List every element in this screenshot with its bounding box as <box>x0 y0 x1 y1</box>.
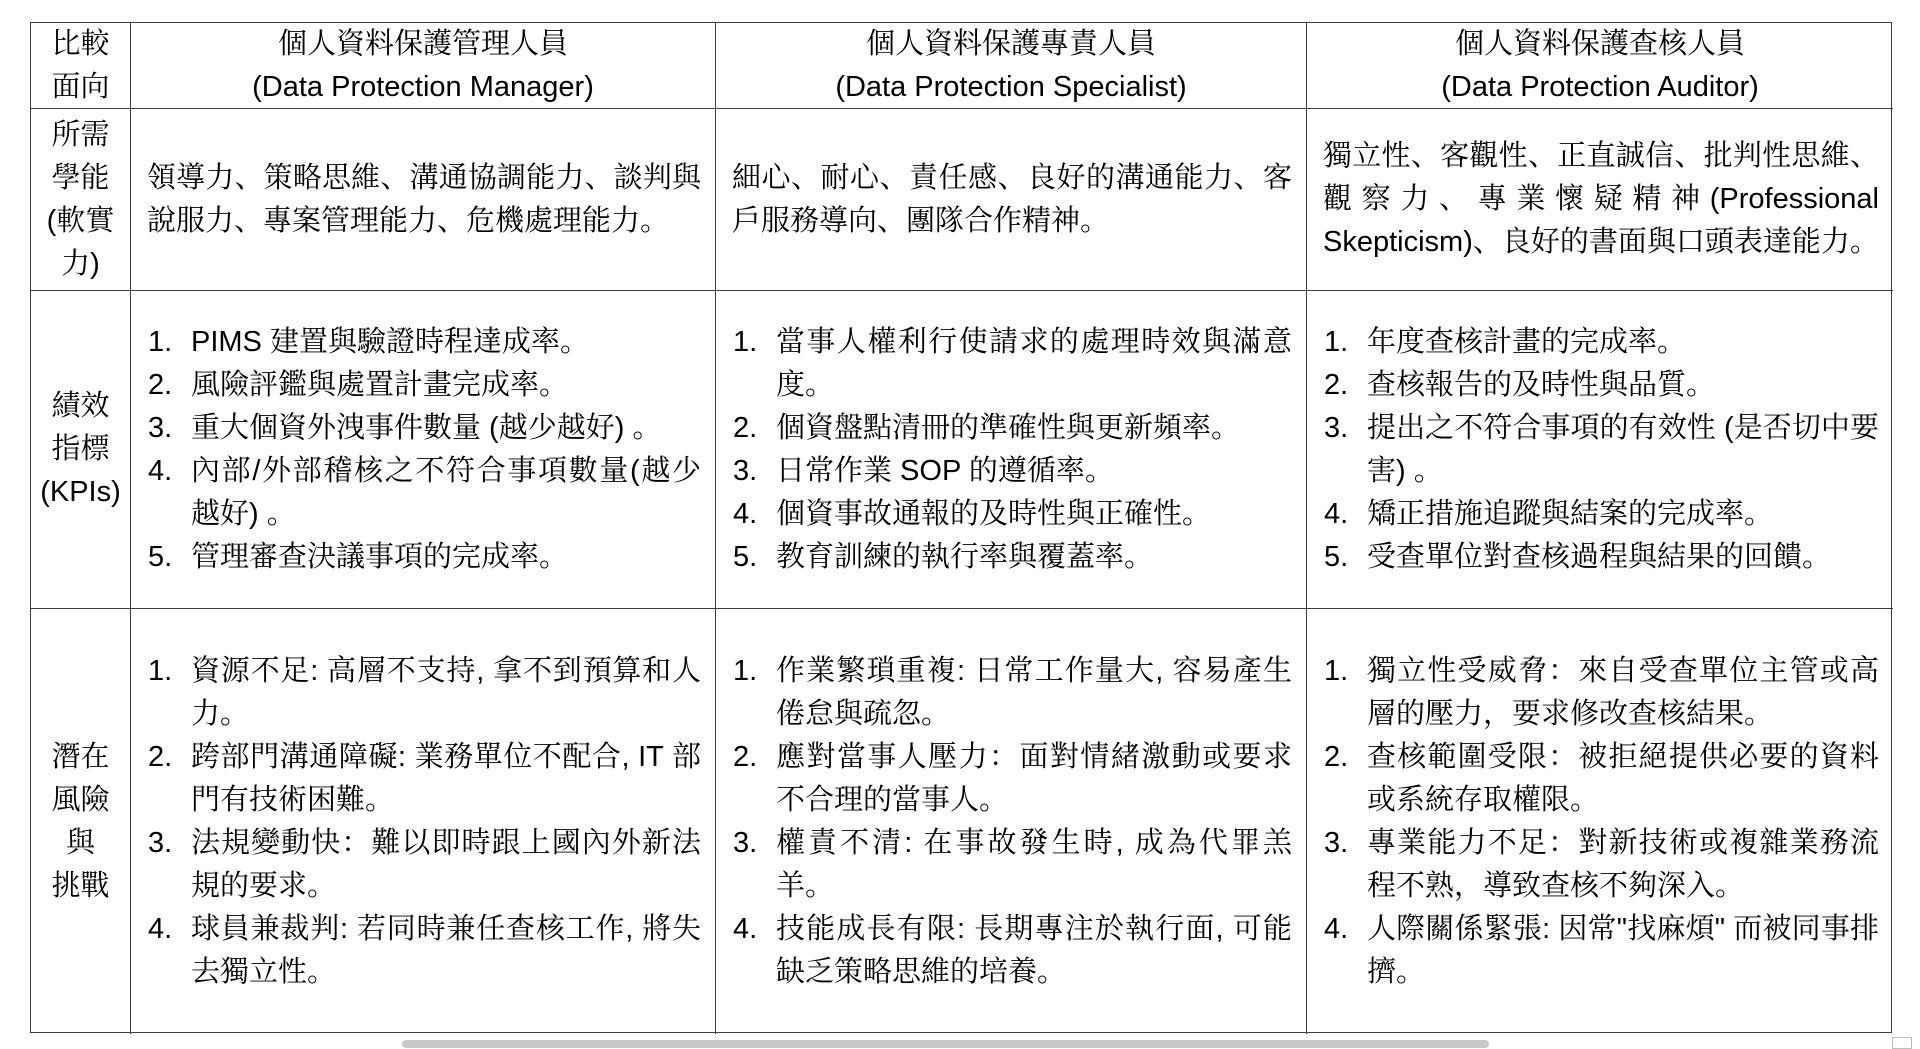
list-item: 4.球員兼裁判: 若同時兼任查核工作, 將失去獨立性。 <box>145 908 701 994</box>
list-item-number: 2. <box>730 736 776 779</box>
table-cell: 獨立性、客觀性、正直誠信、批判性思維、觀察力、專業懷疑精神(Profession… <box>1307 109 1893 291</box>
list-item-number: 3. <box>1321 407 1367 450</box>
list-item: 5.受查單位對查核過程與結果的回饋。 <box>1321 536 1879 579</box>
corner-header-cell: 比較面向 <box>31 23 131 109</box>
column-header-cell: 個人資料保護專責人員(Data Protection Specialist) <box>716 23 1307 109</box>
row-label-line: 指標 <box>51 428 109 471</box>
list-item-text: 當事人權利行使請求的處理時效與滿意度。 <box>776 321 1292 407</box>
list-item-text: 獨立性受威脅：來自受查單位主管或高層的壓力，要求修改查核結果。 <box>1367 650 1879 736</box>
scrollbar-corner <box>1892 1037 1912 1049</box>
horizontal-scrollbar-thumb[interactable] <box>402 1040 1489 1048</box>
row-label-line: 風險 <box>51 779 109 822</box>
row-label-line: 所需 <box>51 114 109 157</box>
row-label-line: 潛在 <box>51 736 109 779</box>
row-label-line: 學能 <box>51 157 109 200</box>
row-label-line: 挑戰 <box>51 865 109 908</box>
cell-text: 獨立性、客觀性、正直誠信、批判性思維、觀察力、專業懷疑精神(Profession… <box>1323 135 1879 264</box>
list-item: 3.提出之不符合事項的有效性 (是否切中要害) 。 <box>1321 407 1879 493</box>
corner-label-line: 比較 <box>51 23 109 66</box>
list-item-number: 2. <box>1321 364 1367 407</box>
list-item-number: 4. <box>145 450 191 493</box>
column-header-cell: 個人資料保護管理人員(Data Protection Manager) <box>131 23 716 109</box>
list-item: 2.跨部門溝通障礙: 業務單位不配合, IT 部門有技術困難。 <box>145 736 701 822</box>
table-cell: 1.獨立性受威脅：來自受查單位主管或高層的壓力，要求修改查核結果。2.查核範圍受… <box>1307 609 1893 1034</box>
list-item-number: 5. <box>730 536 776 579</box>
list-item: 1.作業繁瑣重複: 日常工作量大, 容易產生倦怠與疏忽。 <box>730 650 1292 736</box>
list-item: 4.矯正措施追蹤與結案的完成率。 <box>1321 493 1879 536</box>
list-item: 2.風險評鑑與處置計畫完成率。 <box>145 364 701 407</box>
comparison-table: 比較面向個人資料保護管理人員(Data Protection Manager)個… <box>30 22 1892 1033</box>
column-title-zh: 個人資料保護查核人員 <box>1455 23 1745 66</box>
list-item-number: 3. <box>1321 822 1367 865</box>
column-header-cell: 個人資料保護查核人員(Data Protection Auditor) <box>1307 23 1893 109</box>
list-item: 2.個資盤點清冊的準確性與更新頻率。 <box>730 407 1292 450</box>
list-item: 3.專業能力不足：對新技術或複雜業務流程不熟，導致查核不夠深入。 <box>1321 822 1879 908</box>
column-title-zh: 個人資料保護管理人員 <box>278 23 568 66</box>
table-cell: 細心、耐心、責任感、良好的溝通能力、客戶服務導向、團隊合作精神。 <box>716 109 1307 291</box>
list-item-text: 管理審查決議事項的完成率。 <box>191 536 701 579</box>
column-title-en: (Data Protection Specialist) <box>835 66 1186 109</box>
list-item-text: 矯正措施追蹤與結案的完成率。 <box>1367 493 1879 536</box>
list-item-text: 內部/外部稽核之不符合事項數量(越少越好) 。 <box>191 450 701 536</box>
list-item: 3.日常作業 SOP 的遵循率。 <box>730 450 1292 493</box>
list-item-text: 個資盤點清冊的準確性與更新頻率。 <box>776 407 1292 450</box>
list-item-text: 作業繁瑣重複: 日常工作量大, 容易產生倦怠與疏忽。 <box>776 650 1292 736</box>
list-item-number: 5. <box>145 536 191 579</box>
list-item-number: 4. <box>1321 908 1367 951</box>
list-item-text: 日常作業 SOP 的遵循率。 <box>776 450 1292 493</box>
list-item-text: 人際關係緊張: 因常"找麻煩" 而被同事排擠。 <box>1367 908 1879 994</box>
list-item-text: 風險評鑑與處置計畫完成率。 <box>191 364 701 407</box>
list-item-number: 3. <box>145 822 191 865</box>
list-item: 1.資源不足: 高層不支持, 拿不到預算和人力。 <box>145 650 701 736</box>
list-item: 3.重大個資外洩事件數量 (越少越好) 。 <box>145 407 701 450</box>
list-item-number: 3. <box>145 407 191 450</box>
row-label-cell: 所需學能(軟實力) <box>31 109 131 291</box>
list-item-number: 4. <box>730 493 776 536</box>
list-item: 4.個資事故通報的及時性與正確性。 <box>730 493 1292 536</box>
row-label-line: 績效 <box>51 385 109 428</box>
list-item: 1.年度查核計畫的完成率。 <box>1321 321 1879 364</box>
table-cell: 領導力、策略思維、溝通協調能力、談判與說服力、專案管理能力、危機處理能力。 <box>131 109 716 291</box>
corner-label-line: 面向 <box>51 66 109 109</box>
list-item-number: 3. <box>730 450 776 493</box>
list-item: 4.內部/外部稽核之不符合事項數量(越少越好) 。 <box>145 450 701 536</box>
list-item: 1.當事人權利行使請求的處理時效與滿意度。 <box>730 321 1292 407</box>
list-item: 2.查核報告的及時性與品質。 <box>1321 364 1879 407</box>
list-item-text: 專業能力不足：對新技術或複雜業務流程不熟，導致查核不夠深入。 <box>1367 822 1879 908</box>
list-item-text: 法規變動快：難以即時跟上國內外新法規的要求。 <box>191 822 701 908</box>
list-item-number: 1. <box>1321 321 1367 364</box>
table-cell: 1.作業繁瑣重複: 日常工作量大, 容易產生倦怠與疏忽。2.應對當事人壓力：面對… <box>716 609 1307 1034</box>
column-title-zh: 個人資料保護專責人員 <box>866 23 1156 66</box>
list-item: 4.技能成長有限: 長期專注於執行面, 可能缺乏策略思維的培養。 <box>730 908 1292 994</box>
list-item-number: 3. <box>730 822 776 865</box>
list-item-text: 受查單位對查核過程與結果的回饋。 <box>1367 536 1879 579</box>
list-item-text: 技能成長有限: 長期專注於執行面, 可能缺乏策略思維的培養。 <box>776 908 1292 994</box>
row-label-line: (KPIs) <box>40 471 121 514</box>
list-item-number: 4. <box>1321 493 1367 536</box>
list-item-number: 1. <box>145 321 191 364</box>
list-item: 2.查核範圍受限：被拒絕提供必要的資料或系統存取權限。 <box>1321 736 1879 822</box>
list-item-number: 2. <box>1321 736 1367 779</box>
list-item-number: 2. <box>145 736 191 779</box>
list-item: 1.PIMS 建置與驗證時程達成率。 <box>145 321 701 364</box>
list-item-text: 提出之不符合事項的有效性 (是否切中要害) 。 <box>1367 407 1879 493</box>
list-item-number: 4. <box>730 908 776 951</box>
list-item-text: PIMS 建置與驗證時程達成率。 <box>191 321 701 364</box>
table-cell: 1.PIMS 建置與驗證時程達成率。2.風險評鑑與處置計畫完成率。3.重大個資外… <box>131 291 716 609</box>
row-label-line: (軟實 <box>47 200 115 243</box>
list-item-text: 權責不清: 在事故發生時, 成為代罪羔羊。 <box>776 822 1292 908</box>
list-item: 5.教育訓練的執行率與覆蓋率。 <box>730 536 1292 579</box>
list-item-number: 1. <box>1321 650 1367 693</box>
list-item: 4.人際關係緊張: 因常"找麻煩" 而被同事排擠。 <box>1321 908 1879 994</box>
list-item-number: 4. <box>145 908 191 951</box>
list-item: 1.獨立性受威脅：來自受查單位主管或高層的壓力，要求修改查核結果。 <box>1321 650 1879 736</box>
row-label-cell: 潛在風險與挑戰 <box>31 609 131 1034</box>
row-label-cell: 績效指標(KPIs) <box>31 291 131 609</box>
list-item-number: 2. <box>730 407 776 450</box>
column-title-en: (Data Protection Auditor) <box>1441 66 1759 109</box>
table-cell: 1.資源不足: 高層不支持, 拿不到預算和人力。2.跨部門溝通障礙: 業務單位不… <box>131 609 716 1034</box>
list-item-text: 跨部門溝通障礙: 業務單位不配合, IT 部門有技術困難。 <box>191 736 701 822</box>
list-item-text: 重大個資外洩事件數量 (越少越好) 。 <box>191 407 701 450</box>
row-label-line: 與 <box>66 822 95 865</box>
list-item: 2.應對當事人壓力：面對情緒激動或要求不合理的當事人。 <box>730 736 1292 822</box>
list-item: 3.權責不清: 在事故發生時, 成為代罪羔羊。 <box>730 822 1292 908</box>
list-item-text: 教育訓練的執行率與覆蓋率。 <box>776 536 1292 579</box>
list-item: 5.管理審查決議事項的完成率。 <box>145 536 701 579</box>
table-cell: 1.當事人權利行使請求的處理時效與滿意度。2.個資盤點清冊的準確性與更新頻率。3… <box>716 291 1307 609</box>
list-item-text: 查核範圍受限：被拒絕提供必要的資料或系統存取權限。 <box>1367 736 1879 822</box>
list-item-text: 球員兼裁判: 若同時兼任查核工作, 將失去獨立性。 <box>191 908 701 994</box>
list-item: 3.法規變動快：難以即時跟上國內外新法規的要求。 <box>145 822 701 908</box>
list-item-text: 應對當事人壓力：面對情緒激動或要求不合理的當事人。 <box>776 736 1292 822</box>
cell-text: 領導力、策略思維、溝通協調能力、談判與說服力、專案管理能力、危機處理能力。 <box>147 157 701 243</box>
list-item-number: 1. <box>730 321 776 364</box>
row-label-line: 力) <box>61 243 100 286</box>
list-item-number: 2. <box>145 364 191 407</box>
list-item-text: 年度查核計畫的完成率。 <box>1367 321 1879 364</box>
cell-text: 細心、耐心、責任感、良好的溝通能力、客戶服務導向、團隊合作精神。 <box>732 157 1292 243</box>
list-item-number: 1. <box>730 650 776 693</box>
column-title-en: (Data Protection Manager) <box>252 66 594 109</box>
table-cell: 1.年度查核計畫的完成率。2.查核報告的及時性與品質。3.提出之不符合事項的有效… <box>1307 291 1893 609</box>
list-item-number: 1. <box>145 650 191 693</box>
list-item-number: 5. <box>1321 536 1367 579</box>
list-item-text: 查核報告的及時性與品質。 <box>1367 364 1879 407</box>
list-item-text: 個資事故通報的及時性與正確性。 <box>776 493 1292 536</box>
list-item-text: 資源不足: 高層不支持, 拿不到預算和人力。 <box>191 650 701 736</box>
